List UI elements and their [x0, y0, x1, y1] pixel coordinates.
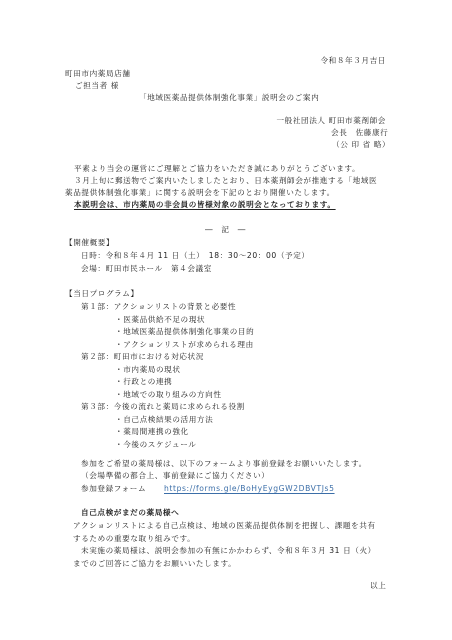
self-check-line-2: するための重要な取り組みです。 — [73, 534, 195, 544]
program-part-2-item: ・地域での取り組みの方向性 — [115, 390, 222, 400]
overview-datetime: 日時：令和８年４月 11 日（土） 18：30～20：00（予定） — [81, 251, 310, 261]
intro-line-1: 平素より当会の運営にご理解とご協力をいただき誠にありがとうございます。 — [74, 164, 360, 174]
intro-line-3: 薬品提供体制強化事業」に関する説明会を下記のとおり開催いたします。 — [65, 188, 335, 198]
overview-heading: 【開催概要】 — [65, 238, 114, 248]
program-part-1-item: ・アクションリストが求められる理由 — [115, 340, 254, 350]
program-part-1-item: ・地域医薬品提供体制強化事業の目的 — [115, 327, 254, 337]
program-part-2-item: ・行政との連携 — [115, 377, 172, 387]
self-check-line-3: 未実施の薬局様は、説明会参加の有無にかかわらず、令和８年３月 31 日（火） — [81, 546, 376, 556]
program-part-3-item: ・自己点検結果の活用方法 — [115, 415, 213, 425]
program-part-3-item: ・薬局間連携の強化 — [115, 427, 189, 437]
registration-form-link[interactable]: https://forms.gle/BoHyEygGW2DBVTJs5 — [164, 484, 335, 494]
registration-line-2: （会場準備の都合上、事前登録にご協力ください） — [81, 471, 269, 481]
document-date: 令和８年３月吉日 — [320, 56, 386, 66]
intro-line-2: ３月上旬に郵送物でご案内いたしましたとおり、日本薬剤師会が推進する「地域医 — [74, 176, 377, 186]
overview-venue: 会場：町田市民ホール 第４会議室 — [81, 264, 212, 274]
program-part-1-item: ・医薬品供給不足の現状 — [115, 315, 205, 325]
self-check-line-1: アクションリストによる自己点検は、地域の医薬品提供体制を把握し、課題を共有 — [73, 521, 376, 531]
self-check-heading: 自己点検がまだの薬局様へ — [81, 508, 179, 518]
program-part-3-title: 第３部：今後の流れと薬局に求められる役割 — [81, 402, 245, 412]
program-part-2-title: 第２部：町田市における対応状況 — [81, 352, 204, 362]
sender-org: 一般社団法人 町田市薬剤師会 — [276, 116, 386, 126]
program-heading: 【当日プログラム】 — [65, 289, 139, 299]
registration-form-label: 参加登録フォーム — [81, 484, 146, 494]
emphasis-notice: 本説明会は、市内薬局の非会員の皆様対象の説明会となっております。 — [74, 200, 336, 210]
program-part-1-title: 第１部：アクションリストの背景と必要性 — [81, 302, 236, 312]
seal-note: （公 印 省 略） — [332, 140, 390, 150]
program-part-3-item: ・今後のスケジュール — [115, 440, 196, 450]
closing-mark: 以上 — [370, 581, 386, 591]
document-title: 「地域医薬品提供体制強化事業」説明会のご案内 — [139, 93, 319, 103]
ki-marker: ― 記 ― — [205, 225, 246, 235]
recipient-org: 町田市内薬局店舗 — [65, 69, 131, 79]
program-part-2-item: ・市内薬局の現状 — [115, 365, 181, 375]
sender-name: 会長 佐藤康行 — [331, 128, 388, 138]
self-check-line-4: までのご回答にご協力をお願いいたします。 — [73, 559, 236, 569]
recipient-person: ご担当者 様 — [75, 81, 119, 91]
registration-line-1: 参加をご希望の薬局様は、以下のフォームより事前登録をお願いいたします。 — [81, 459, 367, 469]
